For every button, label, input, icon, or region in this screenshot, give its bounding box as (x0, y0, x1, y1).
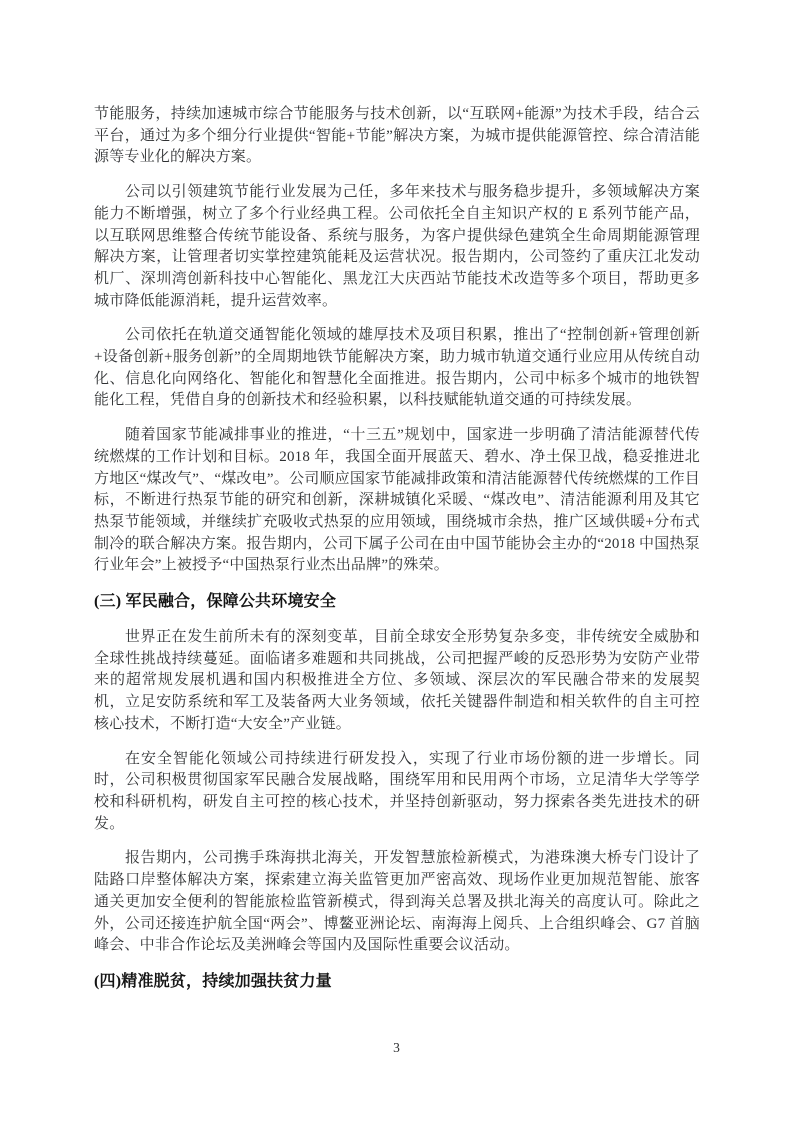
section-heading-4: (四)精准脱贫，持续加强扶贫力量 (94, 971, 700, 993)
document-page: 节能服务，持续加速城市综合节能服务与技术创新，以“互联网+能源”为技术手段，结合… (0, 0, 793, 1122)
section-heading-3: (三) 军民融合，保障公共环境安全 (94, 591, 700, 613)
body-paragraph: 公司以引领建筑节能行业发展为己任，多年来技术与服务稳步提升，多领域解决方案能力不… (94, 182, 700, 312)
body-paragraph: 在安全智能化领域公司持续进行研发投入，实现了行业市场份额的进一步增长。同时，公司… (94, 749, 700, 836)
body-paragraph: 世界正在发生前所未有的深刻变革，目前全球安全形势复杂多变，非传统安全威胁和全球性… (94, 627, 700, 736)
body-paragraph: 随着国家节能减排事业的推进，“十三五”规划中，国家进一步明确了清洁能源替代传统燃… (94, 425, 700, 577)
body-paragraph: 报告期内，公司携手珠海拱北海关，开发智慧旅检新模式，为港珠澳大桥专门设计了陆路口… (94, 848, 700, 957)
page-number: 3 (0, 1040, 793, 1056)
body-paragraph-continuation: 节能服务，持续加速城市综合节能服务与技术创新，以“互联网+能源”为技术手段，结合… (94, 104, 700, 169)
page-content: 节能服务，持续加速城市综合节能服务与技术创新，以“互联网+能源”为技术手段，结合… (94, 104, 700, 1007)
body-paragraph: 公司依托在轨道交通智能化领域的雄厚技术及项目积累，推出了“控制创新+管理创新+设… (94, 325, 700, 412)
